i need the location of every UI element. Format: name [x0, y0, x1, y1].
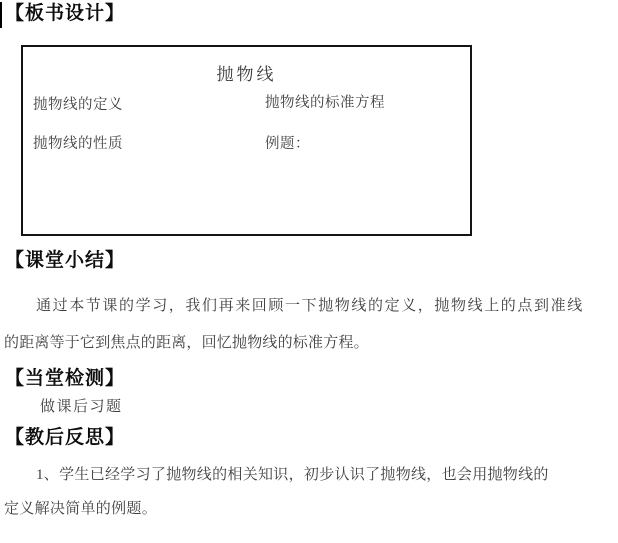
section-heading-class-summary: 【课堂小结】	[5, 250, 125, 272]
board-cell-standard-equation: 抛物线的标准方程	[265, 91, 385, 112]
text-cursor	[0, 2, 2, 28]
section-heading-in-class-test: 【当堂检测】	[5, 368, 125, 390]
board-cell-example: 例题：	[265, 132, 310, 153]
in-class-test-body: 做课后习题	[40, 398, 123, 417]
reflection-line-1: 1、学生已经学习了抛物线的相关知识，初步认识了抛物线，也会用抛物线的	[36, 466, 549, 485]
board-cell-properties: 抛物线的性质	[33, 132, 123, 153]
section-heading-reflection: 【教后反思】	[5, 427, 125, 449]
class-summary-line-1: 通过本节课的学习，我们再来回顾一下抛物线的定义，抛物线上的点到准线	[36, 297, 584, 316]
board-cell-definition: 抛物线的定义	[33, 93, 123, 114]
section-heading-board-design: 【板书设计】	[5, 3, 125, 25]
blackboard-design-box: 抛物线 抛物线的定义 抛物线的标准方程 抛物线的性质 例题：	[21, 45, 472, 236]
board-box-title: 抛物线	[23, 60, 470, 85]
document-page: 【板书设计】 抛物线 抛物线的定义 抛物线的标准方程 抛物线的性质 例题： 【课…	[0, 0, 618, 543]
reflection-line-2: 定义解决简单的例题。	[4, 500, 157, 519]
class-summary-line-2: 的距离等于它到焦点的距离，回忆抛物线的标准方程。	[4, 334, 369, 353]
